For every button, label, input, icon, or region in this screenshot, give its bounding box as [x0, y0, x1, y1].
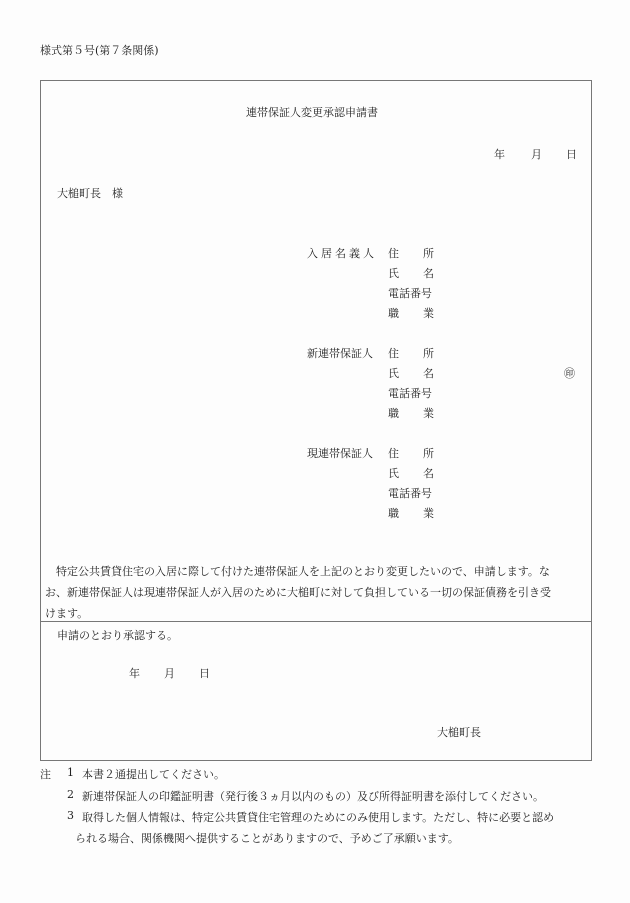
form-number: 様式第５号(第７条関係)	[40, 42, 159, 58]
field-job-1: 職	[388, 405, 399, 421]
section-label: 新連帯保証人	[307, 345, 373, 361]
approval-text: 申請のとおり承認する。	[57, 627, 178, 643]
field-phone: 電話番号	[388, 385, 432, 401]
note-text: 本書２通提出してください。	[82, 766, 225, 782]
note-text-cont: られる場合、関係機関へ提供することがありますので、予めご了承願います。	[75, 830, 459, 846]
field-address-1: 住	[388, 345, 399, 361]
note-text: 新連帯保証人の印鑑証明書（発行後３ヵ月以内のもの）及び所得証明書を添付してくださ…	[82, 788, 544, 804]
approval-signer: 大槌町長	[437, 724, 481, 740]
section-label: 現連帯保証人	[307, 445, 373, 461]
approval-divider	[40, 621, 592, 622]
note-num: 1	[67, 766, 74, 779]
field-address-2: 所	[423, 445, 434, 461]
notes-label: 注	[40, 766, 51, 782]
field-name-2: 名	[423, 265, 434, 281]
note-text: 取得した個人情報は、特定公共賃貸住宅管理のためにのみ使用します。ただし、特に必要…	[82, 809, 554, 825]
field-phone: 電話番号	[388, 285, 432, 301]
date-month: 月	[531, 146, 542, 162]
date-day: 日	[566, 146, 577, 162]
field-address-1: 住	[388, 245, 399, 261]
field-name-1: 氏	[388, 265, 399, 281]
field-job-2: 業	[423, 405, 434, 421]
field-name-1: 氏	[388, 365, 399, 381]
field-address-1: 住	[388, 445, 399, 461]
field-job-2: 業	[423, 305, 434, 321]
approval-month: 月	[164, 665, 175, 681]
field-name-2: 名	[423, 465, 434, 481]
field-phone: 電話番号	[388, 485, 432, 501]
seal-icon: ㊞	[564, 365, 575, 381]
field-job-1: 職	[388, 305, 399, 321]
field-name-1: 氏	[388, 465, 399, 481]
addressee: 大槌町長 様	[57, 185, 123, 201]
field-address-2: 所	[423, 245, 434, 261]
section-label: 入居名義人	[307, 245, 377, 261]
field-name-2: 名	[423, 365, 434, 381]
note-num: 2	[67, 788, 74, 801]
form-box	[40, 80, 592, 761]
field-address-2: 所	[423, 345, 434, 361]
approval-year: 年	[129, 665, 140, 681]
date-year: 年	[494, 146, 505, 162]
form-title: 連帯保証人変更承認申請書	[246, 104, 378, 120]
note-num: 3	[67, 809, 74, 822]
body-line: 特定公共賃貸住宅の入居に際して付けた連帯保証人を上記のとおり変更したいので、申請…	[45, 563, 550, 579]
field-job-1: 職	[388, 505, 399, 521]
field-job-2: 業	[423, 505, 434, 521]
approval-day: 日	[199, 665, 210, 681]
body-line: お、新連帯保証人は現連帯保証人が入居のために大槌町に対して負担している一切の保証…	[45, 584, 551, 600]
body-line: けます。	[45, 605, 88, 621]
